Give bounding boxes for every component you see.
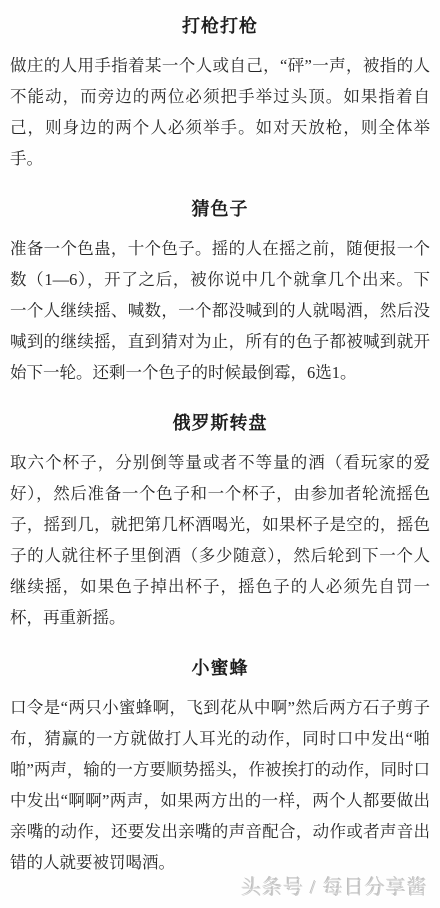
section-body: 准备一个色蛊，十个色子。摇的人在摇之前，随便报一个数（1—6），开了之后，被你说…	[10, 233, 430, 388]
section-body: 做庄的人用手指着某一个人或自己，“砰”一声，被指的人不能动，而旁边的两位必须把手…	[10, 50, 430, 174]
section-caisezi: 猜色子 准备一个色蛊，十个色子。摇的人在摇之前，随便报一个数（1—6），开了之后…	[10, 197, 430, 388]
section-xiaomifeng: 小蜜蜂 口令是“两只小蜜蜂啊，飞到花从中啊”然后两方石子剪子布，猜赢的一方就做打…	[10, 656, 430, 878]
section-eluosi-zhuanpan: 俄罗斯转盘 取六个杯子，分别倒等量或者不等量的酒（看玩家的爱好），然后准备一个色…	[10, 411, 430, 633]
section-title: 小蜜蜂	[10, 656, 430, 680]
section-body: 口令是“两只小蜜蜂啊，飞到花从中啊”然后两方石子剪子布，猜赢的一方就做打人耳光的…	[10, 692, 430, 878]
article-page: 打枪打枪 做庄的人用手指着某一个人或自己，“砰”一声，被指的人不能动，而旁边的两…	[0, 0, 440, 908]
section-body: 取六个杯子，分别倒等量或者不等量的酒（看玩家的爱好），然后准备一个色子和一个杯子…	[10, 447, 430, 633]
section-title: 打枪打枪	[10, 14, 430, 38]
section-title: 猜色子	[10, 197, 430, 221]
section-dagiang: 打枪打枪 做庄的人用手指着某一个人或自己，“砰”一声，被指的人不能动，而旁边的两…	[10, 14, 430, 174]
section-title: 俄罗斯转盘	[10, 411, 430, 435]
watermark: 头条号 / 每日分享酱	[241, 871, 428, 900]
